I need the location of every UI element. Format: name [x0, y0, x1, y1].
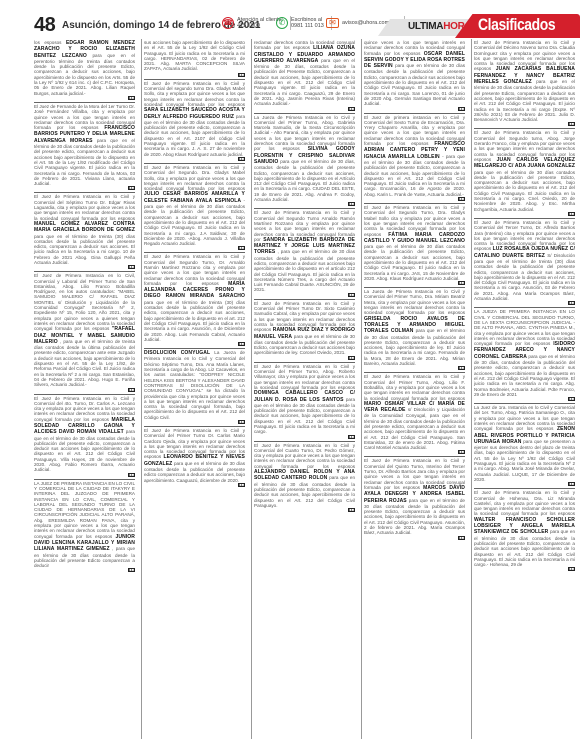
- notice-end-mark: ■■: [254, 293, 355, 297]
- legal-notice: El Juez de Primera Instancia en lo Civil…: [34, 394, 135, 479]
- column-1: los esposos EDGAR RAMON MENDEZ ZARACHO Y…: [32, 39, 137, 739]
- notice-end-mark: ■■: [364, 536, 465, 540]
- notice-text: para que en término de 30 días contados …: [364, 63, 465, 106]
- notice-end-mark: ■■: [254, 508, 355, 512]
- legal-notice: El Juez de Primera Instancia en lo Civil…: [364, 372, 465, 456]
- notice-text: para que en el término de 30 días contad…: [474, 79, 575, 122]
- notice-end-mark: ■■: [474, 212, 575, 216]
- legal-notice: DISOLUCION CONYUGAL La Jueza de Primera …: [144, 348, 245, 426]
- notice-text: para que en el perentorio término de tre…: [34, 53, 135, 96]
- notice-end-mark: ■■: [474, 301, 575, 305]
- legal-notice: sus acciones bajo apercibimiento de lo d…: [144, 39, 245, 79]
- notice-text: El Juez de Primera Instancia en lo Civil…: [144, 81, 245, 107]
- legal-notice: El Juez de Primera Instancia en lo Civil…: [474, 218, 575, 307]
- notice-text: para que en el término de 30 días contad…: [34, 429, 135, 472]
- notice-end-mark: ■■: [254, 107, 355, 111]
- notice-text: El Juez de Primera Instancia en lo Civil…: [254, 443, 355, 469]
- page-header: 48 Asunción, domingo 14 de febrero de 20…: [0, 0, 580, 36]
- legal-notice: El Juez de Primera Instancia en lo Civil…: [254, 362, 355, 441]
- notice-text: para que en el término de 30 días contad…: [34, 138, 135, 186]
- legal-notice: El Juez de Primera Instancia en lo Civil…: [34, 192, 135, 271]
- legal-notice: El Juez de Primera Instancia en lo Civil…: [144, 79, 245, 163]
- notice-text: s/ Disolución y Liquidación de la Comuni…: [364, 407, 465, 450]
- notice-end-mark: ■■: [144, 420, 245, 424]
- notice-text: para que en el término de 30 días contad…: [254, 397, 355, 435]
- notice-end-mark: ■■: [34, 186, 135, 190]
- notice-end-mark: ■■: [474, 397, 575, 401]
- legal-notice: La Juez de 1ra. Instancia en lo Civil y …: [474, 403, 575, 488]
- column-5: El Juez de Primera Instancia en lo Civil…: [471, 39, 577, 739]
- contact-phone-value: 415 7000: [237, 23, 260, 29]
- legal-notice: reclamar derechos contra la sociedad con…: [254, 39, 355, 113]
- notice-text: La Jueza de Primera Instancia en lo Civi…: [364, 289, 465, 315]
- notice-end-mark: ■■: [364, 281, 465, 285]
- notice-end-mark: ■■: [364, 450, 465, 454]
- legal-notice: El Juez de Primera Instancia en lo Civil…: [254, 441, 355, 515]
- legal-notice: LA JUEZ DE PRIMERA INSTANCIA EN LO CIVIL…: [34, 479, 135, 575]
- legal-notice: El Juez de primera instancia en lo Civil…: [364, 113, 465, 203]
- notice-end-mark: ■■: [364, 366, 465, 370]
- notice-end-mark: ■■: [144, 157, 245, 161]
- section-title: Clasificados: [478, 15, 555, 35]
- notice-text: El Juez de Primera Instancia en lo Civil…: [34, 194, 135, 220]
- notice-end-mark: ■■: [364, 107, 465, 111]
- notice-text: La Jueza de Primera Instancia en lo Civi…: [144, 350, 245, 420]
- legal-notice: El Juez de Fernando de la Mora del 1er T…: [34, 102, 135, 192]
- notice-text: , para que en el término de treinta días…: [34, 339, 135, 387]
- notice-text: sus acciones bajo apercibimiento de lo d…: [144, 40, 245, 71]
- notice-end-mark: ■■: [34, 473, 135, 477]
- notice-end-mark: ■■: [34, 568, 135, 572]
- notice-end-mark: ■■: [474, 482, 575, 486]
- notice-end-mark: ■■: [254, 202, 355, 206]
- whatsapp-icon: ✆: [276, 17, 288, 29]
- notice-end-mark: ■■: [474, 122, 575, 126]
- notice-names: MANUEL GOMEZ ALVAREZ CONTRA MARIA GRACIE…: [34, 221, 135, 233]
- notice-end-mark: ■■: [144, 246, 245, 250]
- classifieds-columns: los esposos EDGAR RAMON MENDEZ ZARACHO Y…: [32, 39, 577, 739]
- notice-names: JULIO CESAR BARRIOS AMARILLA y CELESTE F…: [144, 191, 245, 203]
- column-2: sus acciones bajo apercibimiento de lo d…: [141, 39, 247, 739]
- notice-text: para que en el término de 30 días, conta…: [254, 58, 355, 106]
- legal-notice: El Juez de Primera Instancia en lo Civil…: [474, 39, 575, 128]
- legal-notice: El Juez de Primera Instancia en lo Civil…: [144, 252, 245, 348]
- notice-end-mark: ■■: [254, 435, 355, 439]
- notice-text: S/ Disolución para que en el término de …: [474, 253, 575, 301]
- notice-end-mark: ■■: [474, 567, 575, 571]
- legal-notice: La Jueza de Primera Instancia en lo Civi…: [254, 113, 355, 209]
- notice-text: para que en el término de 30 días contad…: [474, 529, 575, 567]
- legal-notice: El Juez de Primera Instancia en lo Civil…: [144, 426, 245, 489]
- notice-text: , para que en el término de 30 días cont…: [254, 249, 355, 292]
- legal-notice: El Juez de Primera Instancia en lo Civil…: [144, 163, 245, 252]
- legal-notice: El Juez de Primera Instancia en lo Civil…: [364, 203, 465, 287]
- page-number: 48: [34, 14, 55, 37]
- legal-notice: LA JUEZA DE PRIMERA INSTANCIA EN LO CIVI…: [474, 307, 575, 403]
- phone-icon: ☎: [222, 17, 234, 29]
- contact-whatsapp-label: Escribinos al: [291, 17, 322, 23]
- notice-text: para que en el término de 30 días contad…: [144, 114, 245, 157]
- notice-text: El Juez de Primera Instancia en lo Civil…: [34, 273, 135, 331]
- legal-notice: quince veces a los que tengan interés en…: [364, 39, 465, 113]
- column-3: reclamar derechos contra la sociedad con…: [251, 39, 357, 739]
- legal-notice: La Jueza de Primera Instancia en lo Civi…: [364, 287, 465, 372]
- notice-names: DOMINGA CABALLERO CASCO C/ JULIAN D. ROS…: [254, 390, 355, 402]
- notice-end-mark: ■■: [144, 342, 245, 346]
- notice-end-mark: ■■: [144, 73, 245, 77]
- notice-text: - para que en el término de 30 días cont…: [144, 198, 245, 246]
- notice-end-mark: ■■: [34, 265, 135, 269]
- notice-text: El Juez de Primera Instancia en lo Civil…: [364, 374, 465, 400]
- legal-notice: los esposos EDGAR RAMON MENDEZ ZARACHO Y…: [34, 39, 135, 102]
- notice-text: El Juez de Primera Instancia en lo Civil…: [144, 165, 245, 191]
- notice-text: para que en el término de 30 días contad…: [474, 170, 575, 212]
- notice-end-mark: ■■: [254, 356, 355, 360]
- notice-text: para que en el término de 30 días contad…: [364, 498, 465, 536]
- notice-text: LA JUEZ DE PRIMERA INSTANCIA EN LO CIVIL…: [34, 481, 135, 539]
- notice-text: para que en el término de treinta (30) d…: [34, 234, 135, 265]
- legal-notice: El Juez de Primera Instancia en lo Civil…: [474, 488, 575, 573]
- notice-text: El Juez de Primera Instancia en lo Civil…: [474, 490, 575, 516]
- notice-text: El Juez de Primera Instancia en lo Civil…: [254, 364, 355, 390]
- notice-end-mark: ■■: [144, 483, 245, 487]
- notice-text: para que en el término de 30 días contad…: [364, 328, 465, 366]
- notice-text: los esposos: [34, 40, 61, 45]
- legal-notice: El Juez de Primera Instancia en lo Civil…: [364, 456, 465, 541]
- contact-whatsapp: ✆ Escribinos al0981 111 013: [276, 16, 332, 30]
- notice-end-mark: ■■: [34, 388, 135, 392]
- notice-end-mark: ■■: [34, 96, 135, 100]
- notice-names: SARA ELIZABETH SAUCEDO ACOSTA y DERLY AL…: [144, 107, 245, 119]
- notice-text: para que en el término de 30 días contad…: [364, 244, 465, 281]
- legal-notice: El Juez de Primera Instancia en lo Civil…: [34, 271, 135, 393]
- notice-names: DISOLUCION CONYUGAL: [144, 350, 210, 356]
- notice-text: para que en el término de 30 días, conta…: [474, 354, 575, 397]
- notice-text: - para que en el término de 30 días cont…: [364, 154, 465, 197]
- notice-text: para que en el término de treinta (30) d…: [144, 300, 245, 342]
- notice-end-mark: ■■: [364, 197, 465, 201]
- contact-whatsapp-value: 0981 111 013: [291, 23, 324, 29]
- legal-notice: El Juez de Primera Instancia en lo Civil…: [254, 299, 355, 362]
- notice-text: para que en el término de 30 días, conta…: [254, 159, 355, 202]
- legal-notice: El Juez de Primera Instancia en lo Civil…: [474, 128, 575, 217]
- legal-notice: El Juez de Primera Instancia en lo Civil…: [254, 208, 355, 298]
- column-4: quince veces a los que tengan interés en…: [361, 39, 467, 739]
- notice-text: para que se presenten a ejercer sus dere…: [474, 439, 575, 482]
- mail-icon: ✉: [326, 18, 339, 28]
